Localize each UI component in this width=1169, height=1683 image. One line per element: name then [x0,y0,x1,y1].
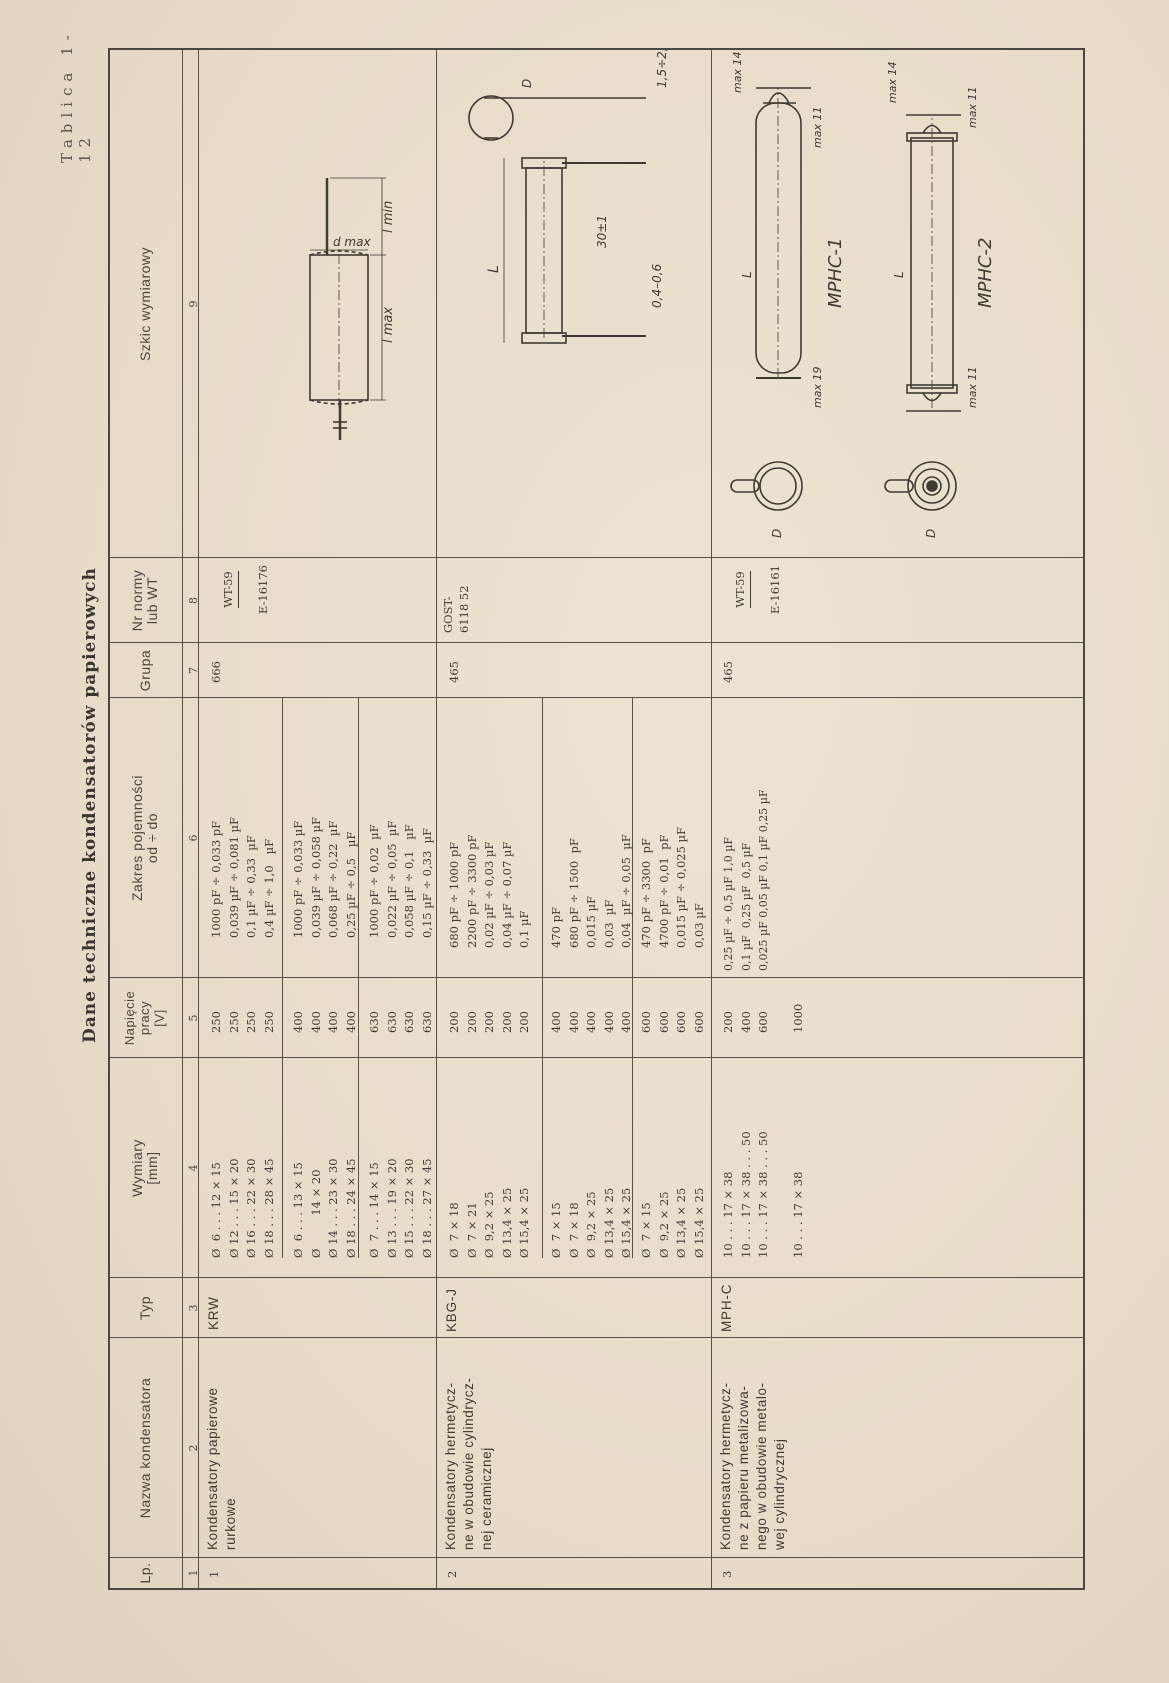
row3-name-line: wej cylindrycznej [772,1439,787,1550]
col-divider [110,642,1085,643]
row1-block3-wymiary: Ø 7 . . . 14 × 15 Ø 13 . . . 19 × 20 Ø 1… [366,1158,436,1258]
col-number: 3 [187,1278,200,1338]
svg-text:MPHC-2: MPHC-2 [975,238,996,308]
row2-typ: KBG-J [443,1288,461,1332]
row3-name-line: ne z papieru metalizowa- [736,1386,751,1550]
row2-grupa: 465 [446,661,464,683]
header-divider [182,50,183,1588]
col-divider [110,1557,1085,1558]
header-norma: Nr normy lub WT [130,558,160,643]
col-number: 9 [187,50,200,558]
row2-block2-wymiary: Ø 7 × 15 Ø 7 × 18 Ø 9,2 × 25 Ø 13,4 × 25… [548,1188,636,1258]
svg-text:L: L [740,271,754,278]
row2-block3-zakres: 470 pF ÷ 3300 pF 4700 pF ÷ 0,01 pF 0,015… [638,827,708,948]
table-title: Dane techniczne kondensatorów papierowyc… [80,567,100,1043]
row3-zakres: 0,25 µF ÷ 0,5 µF 1,0 µF 0,1 µF 0,25 µF 0… [720,789,773,971]
header-nazwa: Nazwa kondensatora [138,1338,153,1558]
col-divider [110,977,1085,978]
row1-block2-zakres: 1000 pF ÷ 0,033 µF 0,039 µF ÷ 0,058 µF 0… [290,817,360,938]
svg-text:d max: d max [333,235,371,249]
row2-block1-zakres: 680 pF ÷ 1000 pF 2200 pF ÷ 3300 pF 0,02 … [446,835,534,948]
row2-name: Kondensatory hermetycz- ne w obudowie cy… [442,1340,496,1550]
row2-lp: 2 [444,1571,462,1578]
row2-name-line: nej ceramicznej [479,1447,494,1550]
row2-block2-napiecie: 400 400 400 400 400 [548,1011,636,1033]
svg-text:l min: l min [381,201,396,233]
svg-text:l max: l max [381,307,396,343]
row3-norma: WT-59 E-16161 [716,563,799,638]
row2-name-line: ne w obudowie cylindrycz- [461,1377,476,1550]
subblock-divider [282,698,283,1258]
row2-block3-napiecie: 600 600 600 600 [638,1011,708,1033]
col-number: 5 [187,978,200,1058]
row3-norma-top: WT-59 [732,571,751,608]
row1-norma: WT-59 E-16176 [204,563,287,638]
svg-text:1,5÷2,5: 1,5÷2,5 [655,50,669,88]
col-number: 2 [187,1338,200,1558]
row2-block1-wymiary: Ø 7 × 18 Ø 7 × 21 Ø 9,2 × 25 Ø 13,4 × 25… [446,1188,534,1258]
row3-wymiary: 10 . . . 17 × 38 10 . . . 17 × 38 . . . … [720,1131,808,1258]
row1-block2-wymiary: Ø 6 . . . 13 × 15 Ø 14 × 20 Ø 14 . . . 2… [290,1158,360,1258]
header-napiecie: Napięcie pracy [V] [122,978,167,1058]
svg-text:D: D [770,529,784,538]
row2-norma: GOST- 6118 52 [440,585,472,633]
col-number: 8 [187,558,200,643]
svg-text:max 11: max 11 [811,107,824,148]
header-grupa: Grupa [138,643,153,698]
row3-name-line: Kondensatory hermetycz- [718,1382,733,1550]
svg-text:L: L [486,265,502,273]
svg-text:max 19: max 19 [811,367,824,408]
svg-text:D: D [924,529,938,538]
svg-text:max 14: max 14 [731,52,744,93]
col-number: 4 [187,1058,200,1278]
row1-name: Kondensatory papierowe rurkowe [204,1345,240,1550]
row2-name-line: Kondensatory hermetycz- [443,1382,458,1550]
row2-norma-bottom: 6118 52 [457,585,471,633]
capacitor-data-table: Lp. Nazwa kondensatora Typ Wymiary [mm] … [108,48,1085,1590]
header-typ: Typ [138,1278,153,1338]
row3-norma-bottom: E-16161 [768,565,782,614]
svg-text:30±1: 30±1 [595,215,609,248]
row3-grupa: 465 [720,661,738,683]
header-wymiary: Wymiary [mm] [130,1058,160,1278]
svg-text:MPHC-1: MPHC-1 [825,238,846,308]
rotated-table-sheet: Tablica 1-12 Dane techniczne kondensator… [0,0,1169,1683]
row2-block1-napiecie: 200 200 200 200 200 [446,1011,534,1033]
row3-name: Kondensatory hermetycz- ne z papieru met… [717,1340,789,1550]
col-number: 7 [187,643,200,698]
row3-lp: 3 [719,1571,737,1578]
row1-lp: 1 [206,1571,224,1578]
col-number: 6 [187,698,200,978]
subblock-divider [632,698,633,1258]
row2-block2-zakres: 470 pF 680 pF ÷ 1500 pF 0,015 µF 0,03 µF… [548,834,636,948]
row1-norma-bottom: E-16176 [256,565,270,614]
svg-text:D: D [520,79,534,88]
col-divider [110,1337,1085,1338]
subblock-divider [542,698,543,1258]
col-divider [110,1057,1085,1058]
row1-block3-zakres: 1000 pF ÷ 0,02 µF 0,022 µF ÷ 0,05 µF 0,0… [366,821,436,938]
row2-block3-wymiary: Ø 7 × 15 Ø 9,2 × 25 Ø 13,4 × 25 Ø 15,4 ×… [638,1188,708,1258]
row1-block1-wymiary: Ø 6 . . . 12 × 15 Ø 12 . . . 15 × 20 Ø 1… [208,1158,278,1258]
header-lp: Lp. [138,1558,153,1588]
header-zakres: Zakres pojemności od ÷ do [130,698,160,978]
svg-text:max 14: max 14 [886,62,899,103]
kbgj-dimension-sketch: L 0,4–0,6 30±1 D 1,5÷2,5 [436,50,711,558]
row1-grupa: 666 [208,661,226,683]
mphc-dimension-sketch: MPHC-1 MPHC-2 L L D D max 11 max 14 max … [711,50,1085,558]
row3-typ: MPH-C [718,1284,736,1332]
svg-text:0,4–0,6: 0,4–0,6 [650,263,664,308]
svg-text:max 11: max 11 [966,367,979,408]
row1-block1-napiecie: 250 250 250 250 [208,1011,278,1033]
row2-norma-top: GOST- [441,596,455,633]
row1-block1-zakres: 1000 pF ÷ 0,033 pF 0,039 µF ÷ 0,081 µF 0… [208,817,278,938]
table-number-label: Tablica 1-12 [58,0,94,163]
row3-name-line: nego w obudowie metalo- [754,1382,769,1550]
col-divider [110,697,1085,698]
svg-text:L: L [892,271,906,278]
row1-typ: KRW [205,1296,223,1330]
row1-block3-napiecie: 630 630 630 630 [366,1011,436,1033]
header-szkic: Szkic wymiarowy [138,50,153,558]
krw-dimension-sketch: l max l min d max [200,50,436,558]
col-divider [110,1277,1085,1278]
scanned-page: Tablica 1-12 Dane techniczne kondensator… [0,0,1169,1683]
col-number: 1 [187,1558,200,1588]
svg-text:max 11: max 11 [966,87,979,128]
row1-norma-top: WT-59 [220,571,239,608]
row1-block2-napiecie: 400 400 400 400 [290,1011,360,1033]
row3-napiecie: 200 400 600 1000 [720,1004,808,1033]
